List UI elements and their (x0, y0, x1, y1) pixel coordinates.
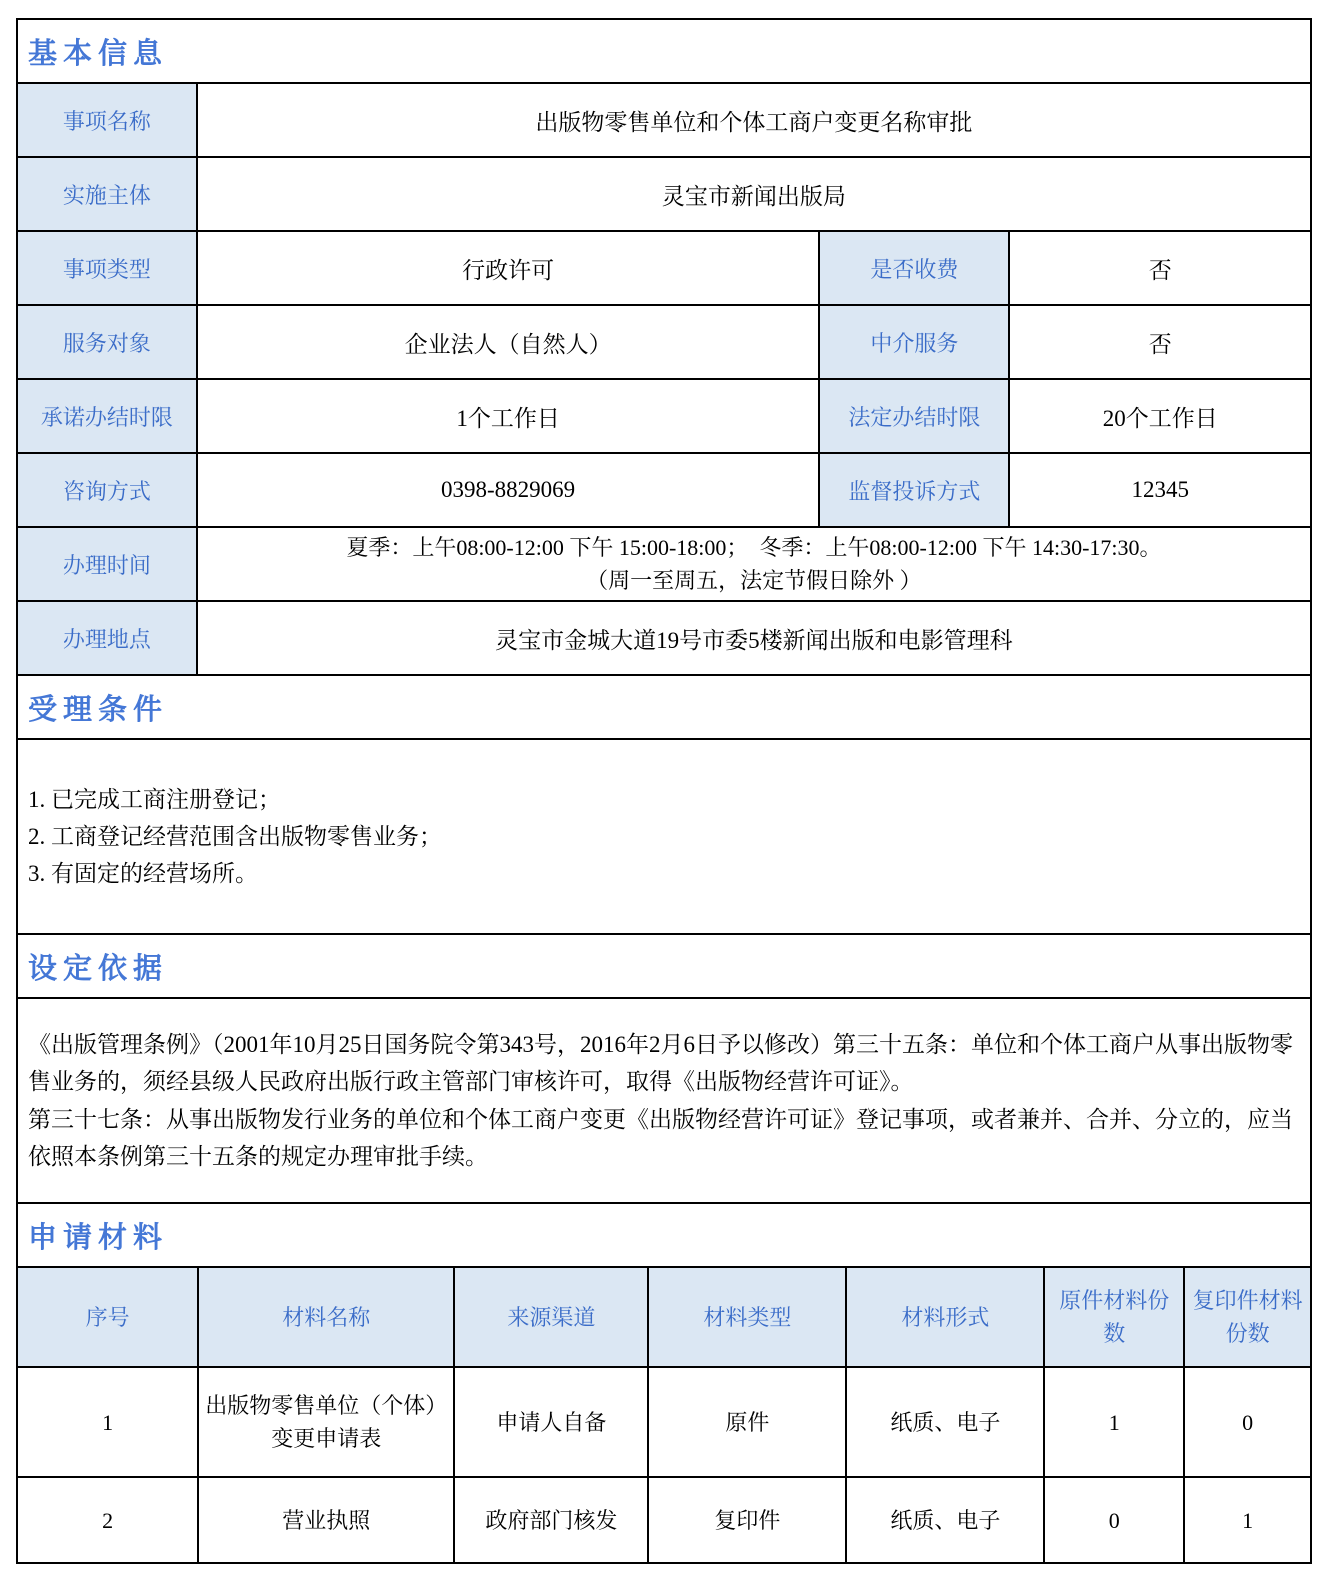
row-value-office-hours: 夏季：上午08:00-12:00 下午 15:00-18:00； 冬季：上午08… (197, 527, 1311, 601)
material-copy-count: 1 (1184, 1477, 1311, 1563)
material-copy-count: 0 (1184, 1367, 1311, 1477)
table-row: 1 出版物零售单位（个体）变更申请表 申请人自备 原件 纸质、电子 1 0 (17, 1367, 1311, 1477)
row-value-service-target: 企业法人（自然人） (197, 305, 819, 379)
material-form: 纸质、电子 (846, 1367, 1044, 1477)
material-name: 出版物零售单位（个体）变更申请表 (198, 1367, 454, 1477)
section-title-basic-info: 基本信息 (17, 19, 1311, 83)
row-value-statutory-time-limit: 20个工作日 (1009, 379, 1311, 453)
material-seq: 2 (17, 1477, 198, 1563)
material-seq: 1 (17, 1367, 198, 1477)
row-label-office-location: 办理地点 (17, 601, 197, 675)
acceptance-conditions-text: 1. 已完成工商注册登记； 2. 工商登记经营范围含出版物零售业务； 3. 有固… (17, 739, 1311, 934)
table-row: 咨询方式 0398-8829069 监督投诉方式 12345 (17, 453, 1311, 527)
row-label-intermediary-service: 中介服务 (819, 305, 1009, 379)
section-title-legal-basis: 设定依据 (17, 934, 1311, 998)
material-type: 原件 (648, 1367, 846, 1477)
column-header-copy-count: 复印件材料份数 (1184, 1267, 1311, 1367)
table-row: 服务对象 企业法人（自然人） 中介服务 否 (17, 305, 1311, 379)
table-row: 事项名称 出版物零售单位和个体工商户变更名称审批 (17, 83, 1311, 157)
material-source: 申请人自备 (454, 1367, 648, 1477)
row-value-item-name: 出版物零售单位和个体工商户变更名称审批 (197, 83, 1311, 157)
row-label-complaint-method: 监督投诉方式 (819, 453, 1009, 527)
column-header-material-type: 材料类型 (648, 1267, 846, 1367)
table-row: 2 营业执照 政府部门核发 复印件 纸质、电子 0 1 (17, 1477, 1311, 1563)
acceptance-conditions-table: 受理条件 1. 已完成工商注册登记； 2. 工商登记经营范围含出版物零售业务； … (16, 674, 1312, 935)
column-header-material-form: 材料形式 (846, 1267, 1044, 1367)
row-label-implementing-body: 实施主体 (17, 157, 197, 231)
row-value-promised-time-limit: 1个工作日 (197, 379, 819, 453)
table-row: 办理地点 灵宝市金城大道19号市委5楼新闻出版和电影管理科 (17, 601, 1311, 675)
row-value-implementing-body: 灵宝市新闻出版局 (197, 157, 1311, 231)
material-type: 复印件 (648, 1477, 846, 1563)
material-original-count: 0 (1044, 1477, 1184, 1563)
row-label-item-type: 事项类型 (17, 231, 197, 305)
row-label-service-target: 服务对象 (17, 305, 197, 379)
application-materials-title-table: 申请材料 (16, 1202, 1312, 1268)
legal-basis-table: 设定依据 《出版管理条例》（2001年10月25日国务院令第343号，2016年… (16, 933, 1312, 1204)
section-title-acceptance-conditions: 受理条件 (17, 675, 1311, 739)
column-header-seq: 序号 (17, 1267, 198, 1367)
row-label-promised-time-limit: 承诺办结时限 (17, 379, 197, 453)
table-row: 事项类型 行政许可 是否收费 否 (17, 231, 1311, 305)
material-source: 政府部门核发 (454, 1477, 648, 1563)
row-label-statutory-time-limit: 法定办结时限 (819, 379, 1009, 453)
basic-info-table: 基本信息 事项名称 出版物零售单位和个体工商户变更名称审批 实施主体 灵宝市新闻… (16, 18, 1312, 676)
material-original-count: 1 (1044, 1367, 1184, 1477)
column-header-source-channel: 来源渠道 (454, 1267, 648, 1367)
row-value-item-type: 行政许可 (197, 231, 819, 305)
application-materials-table: 序号 材料名称 来源渠道 材料类型 材料形式 原件材料份数 复印件材料份数 1 … (16, 1266, 1312, 1564)
row-value-office-location: 灵宝市金城大道19号市委5楼新闻出版和电影管理科 (197, 601, 1311, 675)
material-form: 纸质、电子 (846, 1477, 1044, 1563)
row-value-intermediary-service: 否 (1009, 305, 1311, 379)
section-title-application-materials: 申请材料 (17, 1203, 1311, 1267)
row-value-complaint-hotline: 12345 (1009, 453, 1311, 527)
row-label-office-hours: 办理时间 (17, 527, 197, 601)
legal-basis-text: 《出版管理条例》（2001年10月25日国务院令第343号，2016年2月6日予… (17, 998, 1311, 1203)
row-label-fee-charged: 是否收费 (819, 231, 1009, 305)
materials-header-row: 序号 材料名称 来源渠道 材料类型 材料形式 原件材料份数 复印件材料份数 (17, 1267, 1311, 1367)
table-row: 实施主体 灵宝市新闻出版局 (17, 157, 1311, 231)
column-header-original-count: 原件材料份数 (1044, 1267, 1184, 1367)
row-value-consultation-phone: 0398-8829069 (197, 453, 819, 527)
table-row: 承诺办结时限 1个工作日 法定办结时限 20个工作日 (17, 379, 1311, 453)
row-label-item-name: 事项名称 (17, 83, 197, 157)
row-value-fee-charged: 否 (1009, 231, 1311, 305)
material-name: 营业执照 (198, 1477, 454, 1563)
table-row: 办理时间 夏季：上午08:00-12:00 下午 15:00-18:00； 冬季… (17, 527, 1311, 601)
row-label-consultation-method: 咨询方式 (17, 453, 197, 527)
service-info-document: 基本信息 事项名称 出版物零售单位和个体工商户变更名称审批 实施主体 灵宝市新闻… (0, 0, 1328, 1564)
column-header-material-name: 材料名称 (198, 1267, 454, 1367)
